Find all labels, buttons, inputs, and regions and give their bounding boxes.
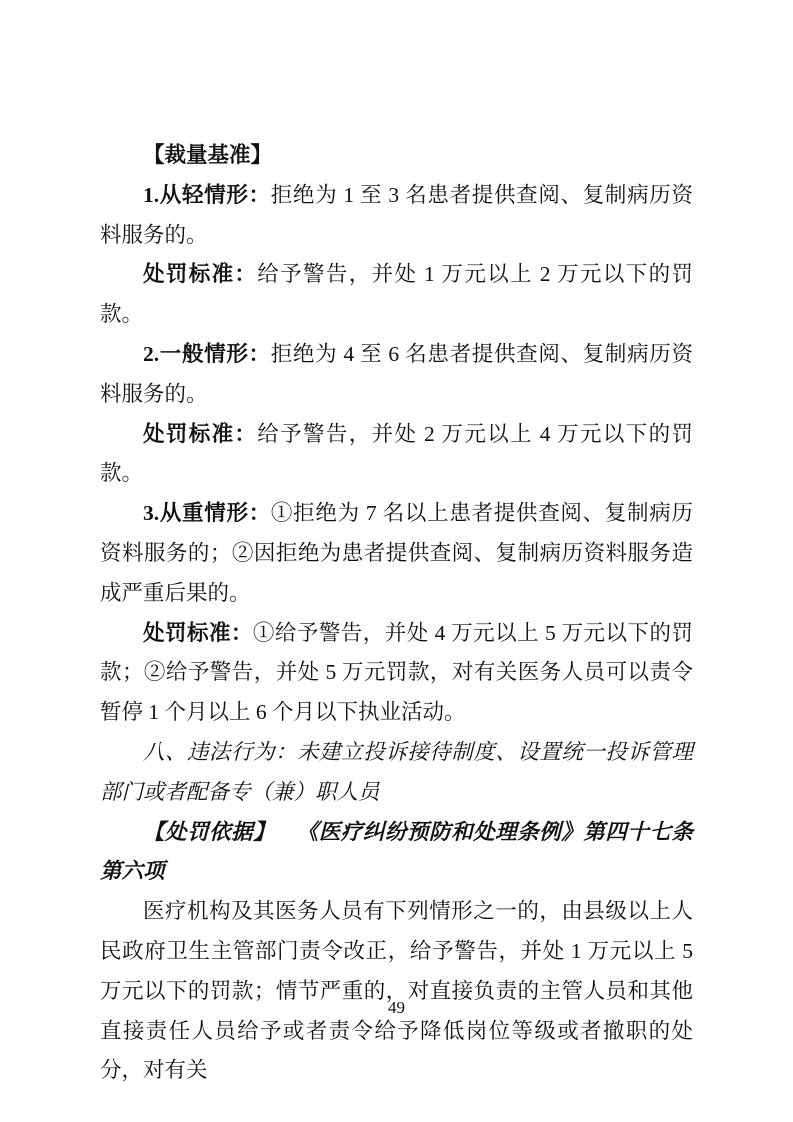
para-aggravating-circumstance: 3.从重情形：①拒绝为 7 名以上患者提供查阅、复制病历资料服务的；②因拒绝为患…	[100, 494, 693, 613]
para-lead: 【处罚依据】	[143, 820, 275, 844]
para-text: 医疗机构及其医务人员有下列情形之一的，由县级以上人民政府卫生主管部门责令改正，给…	[100, 899, 693, 1082]
section-heading-discretion-benchmark: 【裁量基准】	[100, 136, 693, 176]
heading-text: 【裁量基准】	[143, 143, 272, 167]
para-general-circumstance: 2.一般情形：拒绝为 4 至 6 名患者提供查阅、复制病历资料服务的。	[100, 335, 693, 415]
para-lead: 3.从重情形：	[143, 501, 271, 525]
para-mitigating-circumstance: 1.从轻情形：拒绝为 1 至 3 名患者提供查阅、复制病历资料服务的。	[100, 176, 693, 256]
para-penalty-standard-3: 处罚标准：①给予警告，并处 4 万元以上 5 万元以下的罚款；②给予警告，并处 …	[100, 614, 693, 733]
para-lead: 2.一般情形：	[143, 342, 271, 366]
para-lead: 处罚标准：	[143, 621, 253, 645]
para-penalty-standard-2: 处罚标准：给予警告，并处 2 万元以上 4 万元以下的罚款。	[100, 415, 693, 495]
para-penalty-basis: 【处罚依据】《医疗纠纷预防和处理条例》第四十七条第六项	[100, 813, 693, 893]
para-lead: 处罚标准：	[143, 422, 257, 446]
para-penalty-standard-1: 处罚标准：给予警告，并处 1 万元以上 2 万元以下的罚款。	[100, 255, 693, 335]
para-regulation-excerpt: 医疗机构及其医务人员有下列情形之一的，由县级以上人民政府卫生主管部门责令改正，给…	[100, 892, 693, 1091]
para-lead: 处罚标准：	[143, 262, 257, 286]
page-number: 49	[0, 997, 793, 1019]
para-text: 八、违法行为：未建立投诉接待制度、设置统一投诉管理部门或者配备专（兼）职人员	[100, 740, 693, 804]
para-lead: 1.从轻情形：	[143, 183, 271, 207]
document-page: 【裁量基准】 1.从轻情形：拒绝为 1 至 3 名患者提供查阅、复制病历资料服务…	[0, 0, 793, 1122]
para-illegal-act-item-8: 八、违法行为：未建立投诉接待制度、设置统一投诉管理部门或者配备专（兼）职人员	[100, 733, 693, 813]
document-body: 【裁量基准】 1.从轻情形：拒绝为 1 至 3 名患者提供查阅、复制病历资料服务…	[100, 136, 693, 1091]
